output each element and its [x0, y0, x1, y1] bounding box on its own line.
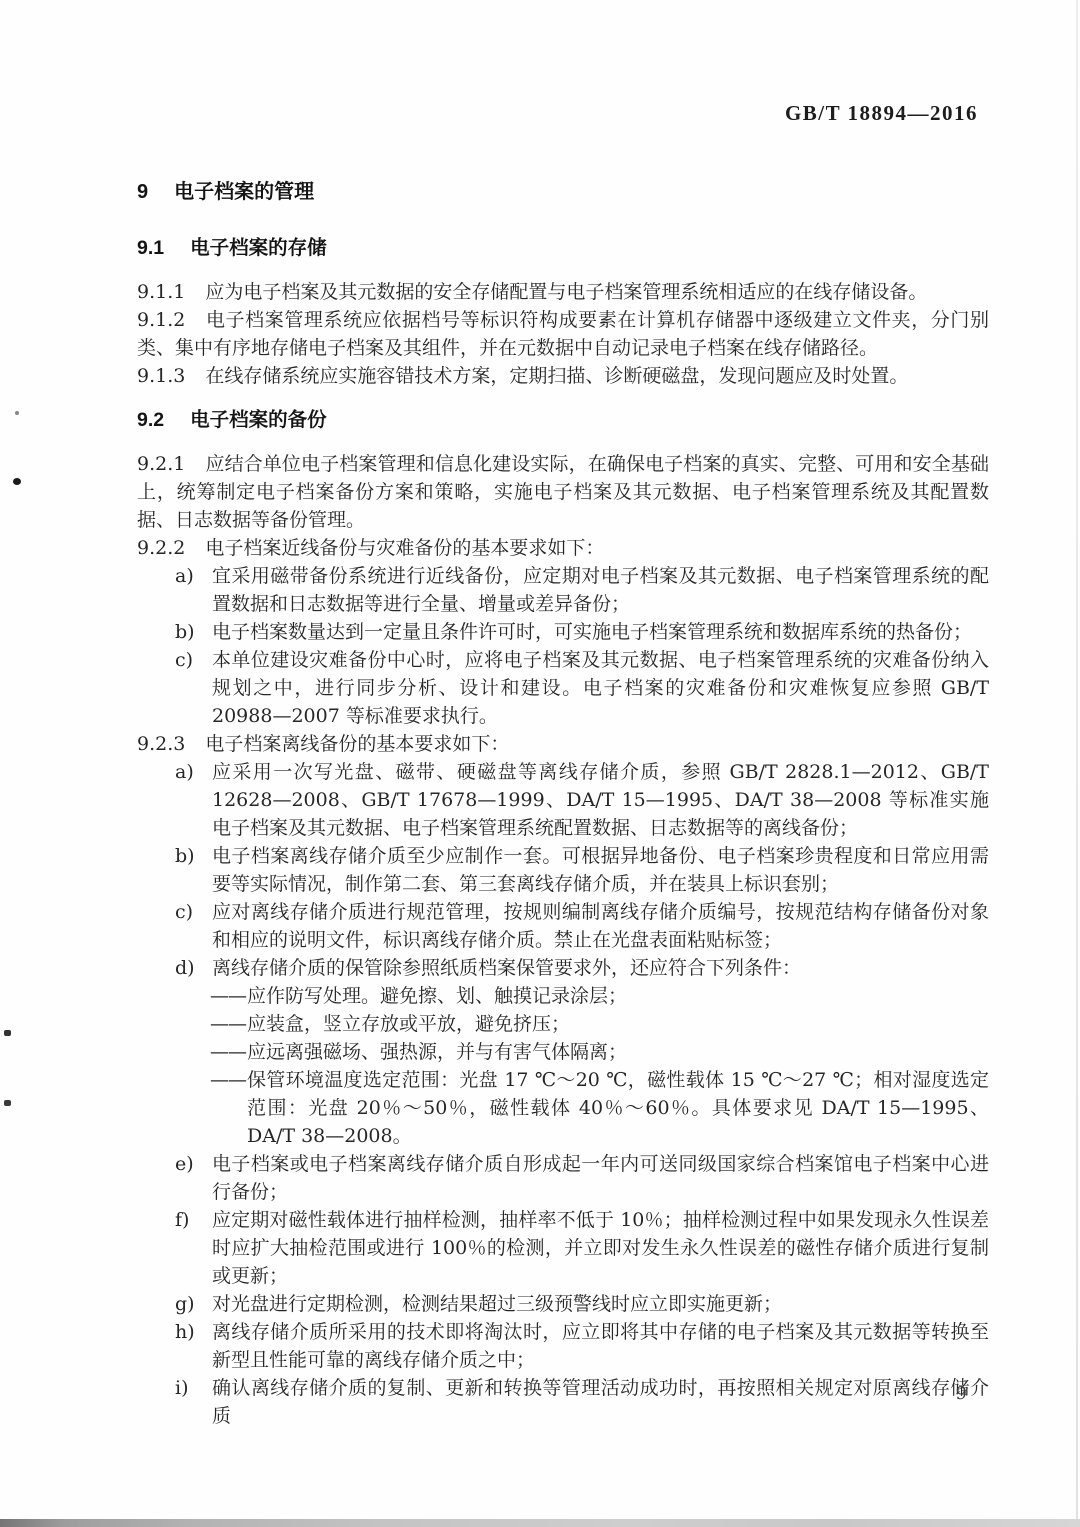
section-heading-9.2: 9.2电子档案的备份 [137, 406, 989, 434]
list-item-marker: f) [175, 1206, 212, 1290]
clause-number: 9.2.1 [137, 453, 185, 475]
list-item-f: f)应定期对磁性载体进行抽样检测，抽样率不低于 10％；抽样检测过程中如果发现永… [137, 1206, 989, 1290]
scan-speck [13, 478, 21, 485]
list-item-marker: a) [175, 758, 212, 842]
list-item-text: 应定期对磁性载体进行抽样检测，抽样率不低于 10％；抽样检测过程中如果发现永久性… [212, 1206, 989, 1290]
list-item-text: 对光盘进行定期检测，检测结果超过三级预警线时应立即实施更新； [212, 1290, 989, 1318]
list-item-a: a)宜采用磁带备份系统进行近线备份，应定期对电子档案及其元数据、电子档案管理系统… [137, 562, 989, 618]
clause-9.2.3: 9.2.3电子档案离线备份的基本要求如下： [137, 730, 989, 758]
clause-9.1.1: 9.1.1应为电子档案及其元数据的安全存储配置与电子档案管理系统相适应的在线存储… [137, 278, 989, 306]
list-item-text: 应采用一次写光盘、磁带、硬磁盘等离线存储介质，参照 GB/T 2828.1—20… [212, 758, 989, 842]
list-item-c: c)应对离线存储介质进行规范管理，按规则编制离线存储介质编号，按规范结构存储备份… [137, 898, 989, 954]
page-number: 9 [956, 1383, 967, 1404]
page-edge-shadow [1076, 0, 1078, 1527]
dash-item: ——应远离强磁场、强热源，并与有害气体隔离； [137, 1038, 989, 1066]
list-item-d: d)离线存储介质的保管除参照纸质档案保管要求外，还应符合下列条件： [137, 954, 989, 982]
list-item-marker: d) [175, 954, 212, 982]
list-item-marker: b) [175, 618, 212, 646]
list-item-marker: e) [175, 1150, 212, 1206]
clause-text: 应为电子档案及其元数据的安全存储配置与电子档案管理系统相适应的在线存储设备。 [205, 281, 927, 303]
list-item-marker: b) [175, 842, 212, 898]
document-body: 9电子档案的管理9.1电子档案的存储9.1.1应为电子档案及其元数据的安全存储配… [137, 178, 989, 1430]
header-doc-code: GB/T 18894—2016 [785, 101, 978, 126]
clause-9.1.2: 9.1.2电子档案管理系统应依据档号等标识符构成要素在计算机存储器中逐级建立文件… [137, 306, 989, 362]
clause-text: 电子档案管理系统应依据档号等标识符构成要素在计算机存储器中逐级建立文件夹，分门别… [137, 309, 989, 359]
list-item-text: 离线存储介质所采用的技术即将淘汰时，应立即将其中存储的电子档案及其元数据等转换至… [212, 1318, 989, 1374]
list-item-e: e)电子档案或电子档案离线存储介质自形成起一年内可送同级国家综合档案馆电子档案中… [137, 1150, 989, 1206]
list-item-text: 电子档案数量达到一定量且条件许可时，可实施电子档案管理系统和数据库系统的热备份； [212, 618, 989, 646]
dash-item: ——应装盒，竖立存放或平放，避免挤压； [137, 1010, 989, 1038]
dash-item-text: 应远离强磁场、强热源，并与有害气体隔离； [247, 1038, 989, 1066]
list-item-marker: a) [175, 562, 212, 618]
list-item-g: g)对光盘进行定期检测，检测结果超过三级预警线时应立即实施更新； [137, 1290, 989, 1318]
dash-item-text: 应作防写处理。避免擦、划、触摸记录涂层； [247, 982, 989, 1010]
dash-marker: —— [210, 1010, 246, 1038]
clause-9.1.3: 9.1.3在线存储系统应实施容错技术方案，定期扫描、诊断硬磁盘，发现问题应及时处… [137, 362, 989, 390]
clause-text: 电子档案近线备份与灾难备份的基本要求如下： [205, 537, 604, 559]
dash-item: ——应作防写处理。避免擦、划、触摸记录涂层； [137, 982, 989, 1010]
dash-marker: —— [210, 1066, 246, 1150]
scan-footer-bar [0, 1519, 1080, 1527]
section-heading-9.1: 9.1电子档案的存储 [137, 234, 989, 262]
dash-item-text: 应装盒，竖立存放或平放，避免挤压； [247, 1010, 989, 1038]
scan-speck [15, 411, 19, 415]
list-item-c: c)本单位建设灾难备份中心时，应将电子档案及其元数据、电子档案管理系统的灾难备份… [137, 646, 989, 730]
list-item-marker: c) [175, 898, 212, 954]
section-number: 9 [137, 181, 148, 203]
clause-text: 电子档案离线备份的基本要求如下： [205, 733, 509, 755]
clause-text: 应结合单位电子档案管理和信息化建设实际，在确保电子档案的真实、完整、可用和安全基… [137, 453, 989, 531]
list-item-a: a)应采用一次写光盘、磁带、硬磁盘等离线存储介质，参照 GB/T 2828.1—… [137, 758, 989, 842]
scan-speck [4, 1030, 11, 1036]
section-heading-9: 9电子档案的管理 [137, 178, 989, 206]
list-item-marker: h) [175, 1318, 212, 1374]
list-item-marker: i) [175, 1374, 212, 1430]
list-item-h: h)离线存储介质所采用的技术即将淘汰时，应立即将其中存储的电子档案及其元数据等转… [137, 1318, 989, 1374]
list-item-text: 宜采用磁带备份系统进行近线备份，应定期对电子档案及其元数据、电子档案管理系统的配… [212, 562, 989, 618]
clause-number: 9.1.1 [137, 281, 185, 303]
clause-9.2.2: 9.2.2电子档案近线备份与灾难备份的基本要求如下： [137, 534, 989, 562]
list-item-text: 电子档案离线存储介质至少应制作一套。可根据异地备份、电子档案珍贵程度和日常应用需… [212, 842, 989, 898]
clause-number: 9.2.3 [137, 733, 185, 755]
list-item-text: 应对离线存储介质进行规范管理，按规则编制离线存储介质编号，按规范结构存储备份对象… [212, 898, 989, 954]
section-title: 电子档案的存储 [190, 237, 327, 259]
section-number: 9.1 [137, 237, 164, 259]
list-item-text: 本单位建设灾难备份中心时，应将电子档案及其元数据、电子档案管理系统的灾难备份纳入… [212, 646, 989, 730]
section-number: 9.2 [137, 409, 164, 431]
list-item-b: b)电子档案离线存储介质至少应制作一套。可根据异地备份、电子档案珍贵程度和日常应… [137, 842, 989, 898]
list-item-marker: c) [175, 646, 212, 730]
dash-marker: —— [210, 1038, 246, 1066]
list-item-i: i)确认离线存储介质的复制、更新和转换等管理活动成功时，再按照相关规定对原离线存… [137, 1374, 989, 1430]
clause-9.2.1: 9.2.1应结合单位电子档案管理和信息化建设实际，在确保电子档案的真实、完整、可… [137, 450, 989, 534]
section-title: 电子档案的管理 [174, 181, 314, 203]
dash-marker: —— [210, 982, 246, 1010]
document-page: GB/T 18894—2016 9电子档案的管理9.1电子档案的存储9.1.1应… [0, 0, 1080, 1527]
dash-item-text: 保管环境温度选定范围：光盘 17 ℃～20 ℃，磁性载体 15 ℃～27 ℃；相… [247, 1066, 989, 1150]
clause-number: 9.1.2 [137, 309, 185, 331]
list-item-text: 电子档案或电子档案离线存储介质自形成起一年内可送同级国家综合档案馆电子档案中心进… [212, 1150, 989, 1206]
clause-text: 在线存储系统应实施容错技术方案，定期扫描、诊断硬磁盘，发现问题应及时处置。 [205, 365, 908, 387]
list-item-b: b)电子档案数量达到一定量且条件许可时，可实施电子档案管理系统和数据库系统的热备… [137, 618, 989, 646]
list-item-text: 离线存储介质的保管除参照纸质档案保管要求外，还应符合下列条件： [212, 954, 989, 982]
clause-number: 9.1.3 [137, 365, 185, 387]
list-item-marker: g) [175, 1290, 212, 1318]
dash-item: ——保管环境温度选定范围：光盘 17 ℃～20 ℃，磁性载体 15 ℃～27 ℃… [137, 1066, 989, 1150]
section-title: 电子档案的备份 [190, 409, 327, 431]
clause-number: 9.2.2 [137, 537, 185, 559]
list-item-text: 确认离线存储介质的复制、更新和转换等管理活动成功时，再按照相关规定对原离线存储介… [212, 1374, 989, 1430]
scan-speck [4, 1100, 11, 1106]
